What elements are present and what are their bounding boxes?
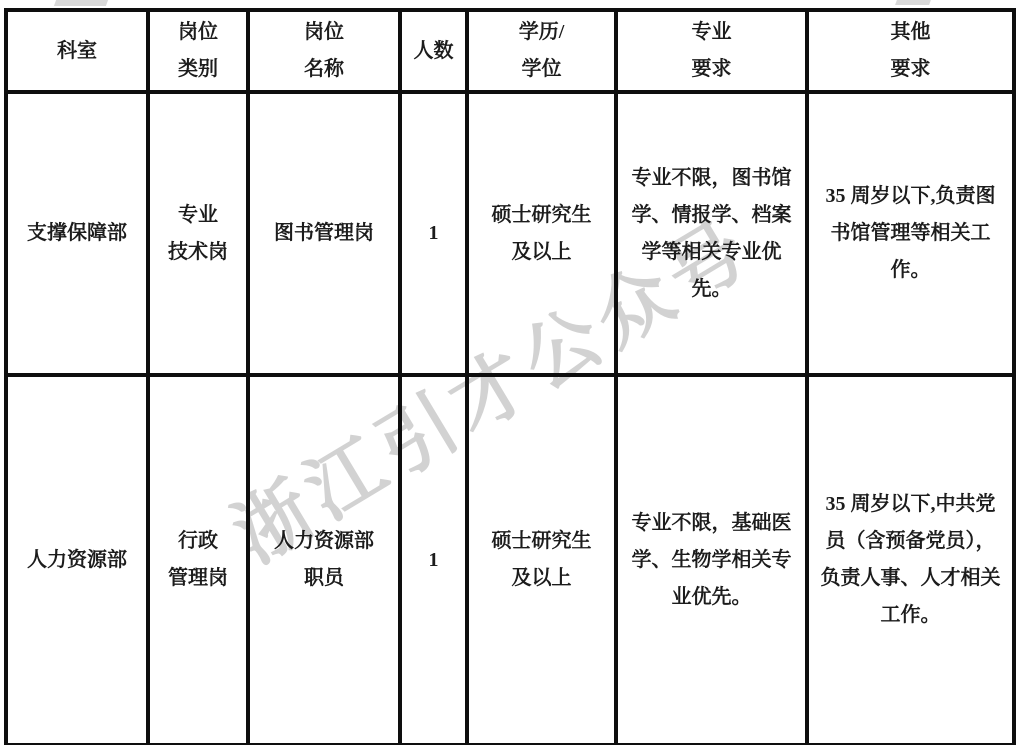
header-headcount: 人数 — [400, 10, 467, 92]
table-row-hr-department: 人力资源部 行政 管理岗 人力资源部 职员 1 硕士研究生 及以上 专业不限，基… — [6, 375, 1014, 745]
cell-headcount: 1 — [400, 375, 467, 745]
cell-education-degree: 硕士研究生 及以上 — [467, 92, 616, 375]
table-header-row: 科室 岗位 类别 岗位 名称 人数 学历/ 学位 专业 要求 其他 要求 — [6, 10, 1014, 92]
cell-department: 支撑保障部 — [6, 92, 148, 375]
cell-position-name: 人力资源部 职员 — [248, 375, 400, 745]
header-department: 科室 — [6, 10, 148, 92]
table-row-support-department: 支撑保障部 专业 技术岗 图书管理岗 1 硕士研究生 及以上 专业不限，图书馆学… — [6, 92, 1014, 375]
header-education-degree: 学历/ 学位 — [467, 10, 616, 92]
recruitment-table: 科室 岗位 类别 岗位 名称 人数 学历/ 学位 专业 要求 其他 要求 支撑保… — [4, 8, 1016, 745]
cell-position-name: 图书管理岗 — [248, 92, 400, 375]
cell-major-requirement: 专业不限，基础医学、生物学相关专业优先。 — [616, 375, 807, 745]
cell-department: 人力资源部 — [6, 375, 148, 745]
header-position-category: 岗位 类别 — [148, 10, 248, 92]
cell-position-category: 专业 技术岗 — [148, 92, 248, 375]
cell-other-requirement: 35 周岁以下,中共党员（含预备党员），负责人事、人才相关工作。 — [807, 375, 1014, 745]
watermark-fragment-right — [895, 0, 931, 5]
cell-education-degree: 硕士研究生 及以上 — [467, 375, 616, 745]
cell-major-requirement: 专业不限，图书馆学、情报学、档案学等相关专业优先。 — [616, 92, 807, 375]
header-major-requirement: 专业 要求 — [616, 10, 807, 92]
header-other-requirement: 其他 要求 — [807, 10, 1014, 92]
cell-other-requirement: 35 周岁以下,负责图书馆管理等相关工作。 — [807, 92, 1014, 375]
watermark-fragment-left — [54, 0, 108, 6]
header-position-name: 岗位 名称 — [248, 10, 400, 92]
page: 浙江引才公众号 科室 岗位 类别 岗位 名称 人数 学历/ 学位 专业 要求 其… — [0, 0, 1016, 745]
cell-headcount: 1 — [400, 92, 467, 375]
cell-position-category: 行政 管理岗 — [148, 375, 248, 745]
